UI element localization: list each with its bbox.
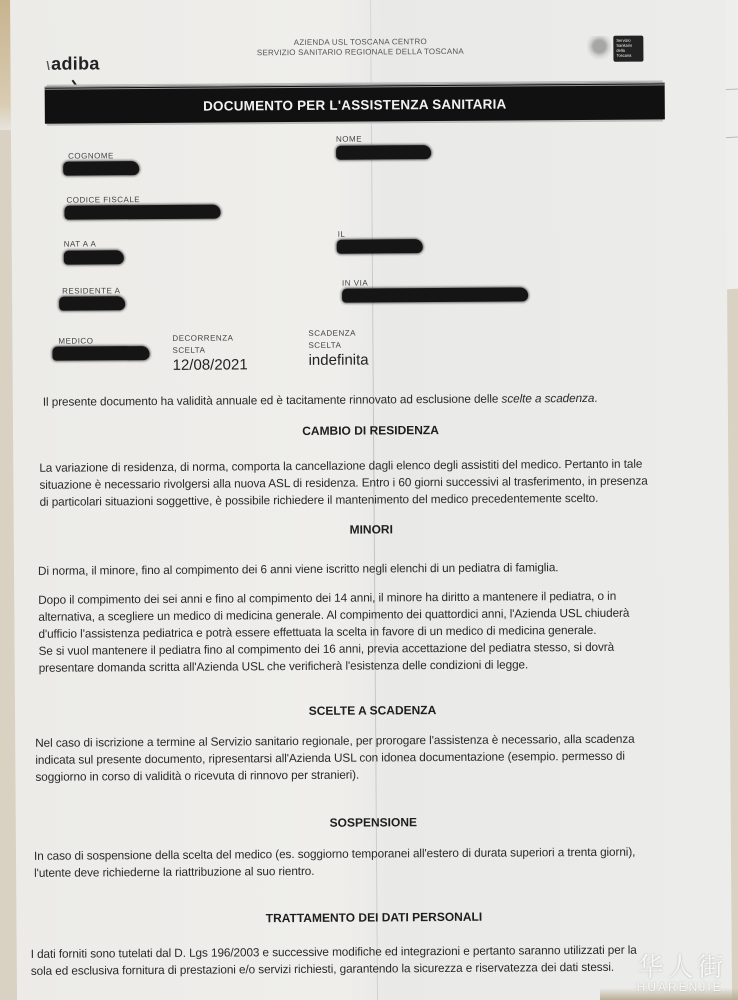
in-via-redacted (342, 287, 528, 302)
residente-a-redacted (59, 296, 125, 310)
codice-fiscale-label: CODICE FISCALE (66, 195, 140, 205)
decorrenza-label: DECORRENZA (172, 333, 233, 342)
intro-end: . (594, 391, 597, 405)
section-paragraph: Dopo il compimento dei sei anni e fino a… (38, 588, 629, 643)
section-paragraph: Di norma, il minore, fino al compimento … (38, 559, 559, 580)
decorrenza-label-2: SCELTA (172, 346, 205, 355)
section-paragraph: La variazione di residenza, di norma, co… (39, 456, 648, 511)
nato-a-label: NAT A A (64, 239, 97, 248)
section-paragraph: In caso di sospensione della scelta del … (34, 844, 636, 882)
text-line: l'utente deve richiederne la riattribuzi… (34, 861, 635, 882)
document-title-text: DOCUMENTO PER L'ASSISTENZA SANITARIA (203, 96, 507, 113)
watermark-cjk: 华人街 (637, 954, 728, 980)
section-heading-scelte-a-scadenza: SCELTE A SCADENZA (15, 701, 730, 720)
section-heading-cambio-residenza: CAMBIO DI RESIDENZA (13, 421, 728, 440)
text-line: di particolari situazioni soggettive, è … (39, 490, 647, 511)
text-line: sola ed esclusiva fornitura di prestazio… (31, 959, 637, 980)
section-paragraph: I dati forniti sono tutelati dal D. Lgs … (31, 942, 637, 980)
logo-text: adiba (51, 53, 100, 73)
scadenza-label-2: SCELTA (308, 341, 341, 350)
scadenza-value: indefinita (308, 352, 368, 369)
logo-mark-icon: \ (46, 59, 50, 73)
nome-redacted (336, 145, 431, 160)
cognome-label: COGNOME (68, 151, 114, 160)
scadenza-label: SCADENZA (308, 329, 356, 338)
intro-paragraph: Il presente documento ha validità annual… (43, 390, 598, 411)
residente-a-label: RESIDENTE A (62, 286, 120, 295)
section-heading-minori: MINORI (14, 520, 729, 539)
text-line: presentare domanda scritta all'Azienda U… (39, 656, 615, 677)
section-heading-trattamento-dati: TRATTAMENTO DEI DATI PERSONALI (16, 908, 731, 927)
il-redacted (337, 239, 423, 254)
intro-text: Il presente documento ha validità annual… (43, 392, 502, 409)
organization-header: AZIENDA USL TOSCANA CENTRO SERVIZIO SANI… (230, 37, 490, 59)
text-line: Di norma, il minore, fino al compimento … (38, 559, 559, 580)
medico-redacted (52, 346, 149, 361)
section-paragraph: Nel caso di iscrizione a termine al Serv… (35, 731, 635, 786)
section-paragraph: Se si vuol mantenere il pediatra fino al… (39, 639, 615, 677)
in-via-label: IN VIA (342, 279, 368, 288)
cognome-redacted (63, 161, 139, 176)
org-subtitle: SERVIZIO SANITARIO REGIONALE DELLA TOSCA… (230, 47, 490, 59)
tuscany-emblem-icon (587, 36, 611, 62)
decorrenza-value: 12/08/2021 (173, 356, 248, 374)
document-title: DOCUMENTO PER L'ASSISTENZA SANITARIA (45, 82, 665, 123)
logo: \adiba (46, 53, 99, 74)
nome-label: NOME (336, 135, 362, 144)
codice-fiscale-redacted (64, 205, 220, 220)
document-sheet: \adiba AZIENDA USL TOSCANA CENTRO SERVIZ… (10, 0, 732, 1000)
watermark: 华人街 HUARENJIE. (637, 954, 728, 994)
nato-a-redacted (64, 250, 124, 264)
il-label: IL (338, 230, 346, 239)
intro-emphasis: scelte a scadenza (501, 391, 594, 406)
ssr-brand-badge: Servizio Sanitario della Toscana (613, 36, 643, 62)
text-line: soggiorno in corso di validità o ricevut… (35, 765, 635, 786)
watermark-latin: HUARENJIE. (637, 980, 728, 994)
medico-label: MEDICO (58, 336, 93, 345)
section-heading-sospensione: SOSPENSIONE (16, 813, 731, 832)
